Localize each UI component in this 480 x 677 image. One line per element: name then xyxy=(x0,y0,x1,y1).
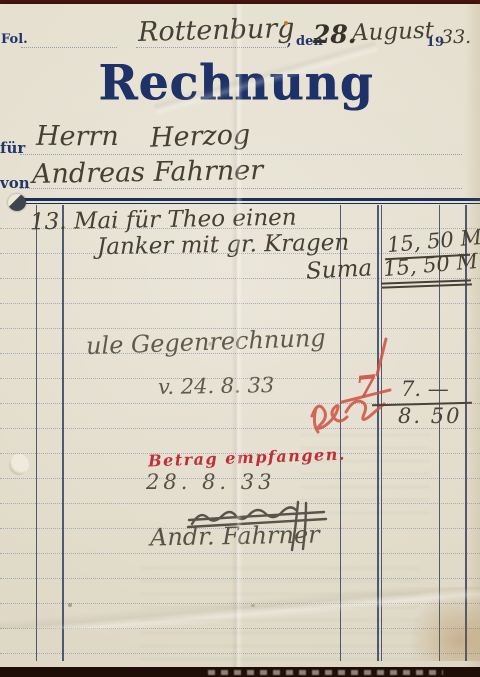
sum-label-handwritten: Suma xyxy=(305,255,372,284)
underlying-document-print-marks xyxy=(208,670,443,675)
month-handwritten: August xyxy=(352,18,435,47)
ink-speck xyxy=(284,21,288,25)
receipt-date-handwritten: 28. 8. 33 xyxy=(146,470,276,494)
document-title: Rechnung xyxy=(0,55,476,112)
pencil-amount-upper: 7. — xyxy=(401,377,449,401)
punch-hole-bottom xyxy=(9,454,29,475)
from-dotted-line xyxy=(20,188,462,189)
date-dotted-line xyxy=(136,47,288,48)
dotted-rule-line xyxy=(0,303,480,304)
dotted-rule-line xyxy=(0,553,480,554)
issuer-name-handwritten: Andreas Fahrner xyxy=(32,155,264,190)
speck-2 xyxy=(251,604,255,607)
day-handwritten: 28. xyxy=(313,20,357,49)
speck-1 xyxy=(68,603,72,607)
punch-hole-top xyxy=(8,194,26,211)
dotted-rule-line xyxy=(0,428,480,429)
place-handwritten: Rottenburg xyxy=(138,13,295,48)
recipient-name-handwritten: Herzog xyxy=(149,119,250,153)
red-scribble xyxy=(306,368,396,436)
pencil-amount-lower: 8. 50 xyxy=(398,404,461,428)
stain-bottom-right xyxy=(408,589,480,661)
photo-of-invoice: { "colors": { "print_navy": "#223668", "… xyxy=(0,0,480,677)
header-rule-thick xyxy=(14,198,480,201)
year-handwritten: 33. xyxy=(441,26,471,48)
folio-label: Fol. xyxy=(1,32,28,47)
from-label: von xyxy=(0,174,30,192)
header-rule-thin xyxy=(14,203,480,204)
table-column-line xyxy=(36,205,37,661)
recipient-title-handwritten: Herrn xyxy=(36,121,119,152)
invoice-paper: Fol. Rottenburg , den 28. August 19 33. … xyxy=(0,4,480,667)
pencil-note-date-handwritten: v. 24. 8. 33 xyxy=(158,373,275,399)
entry-line2-handwritten: Janker mit gr. Kragen xyxy=(97,230,350,260)
table-column-line xyxy=(62,205,64,661)
folio-dotted-line xyxy=(21,47,117,48)
underlying-document-edge xyxy=(0,667,480,677)
speck-3 xyxy=(208,342,213,346)
dotted-rule-line xyxy=(0,578,480,579)
signature-handwritten: Andr. Fahrner xyxy=(150,521,320,552)
